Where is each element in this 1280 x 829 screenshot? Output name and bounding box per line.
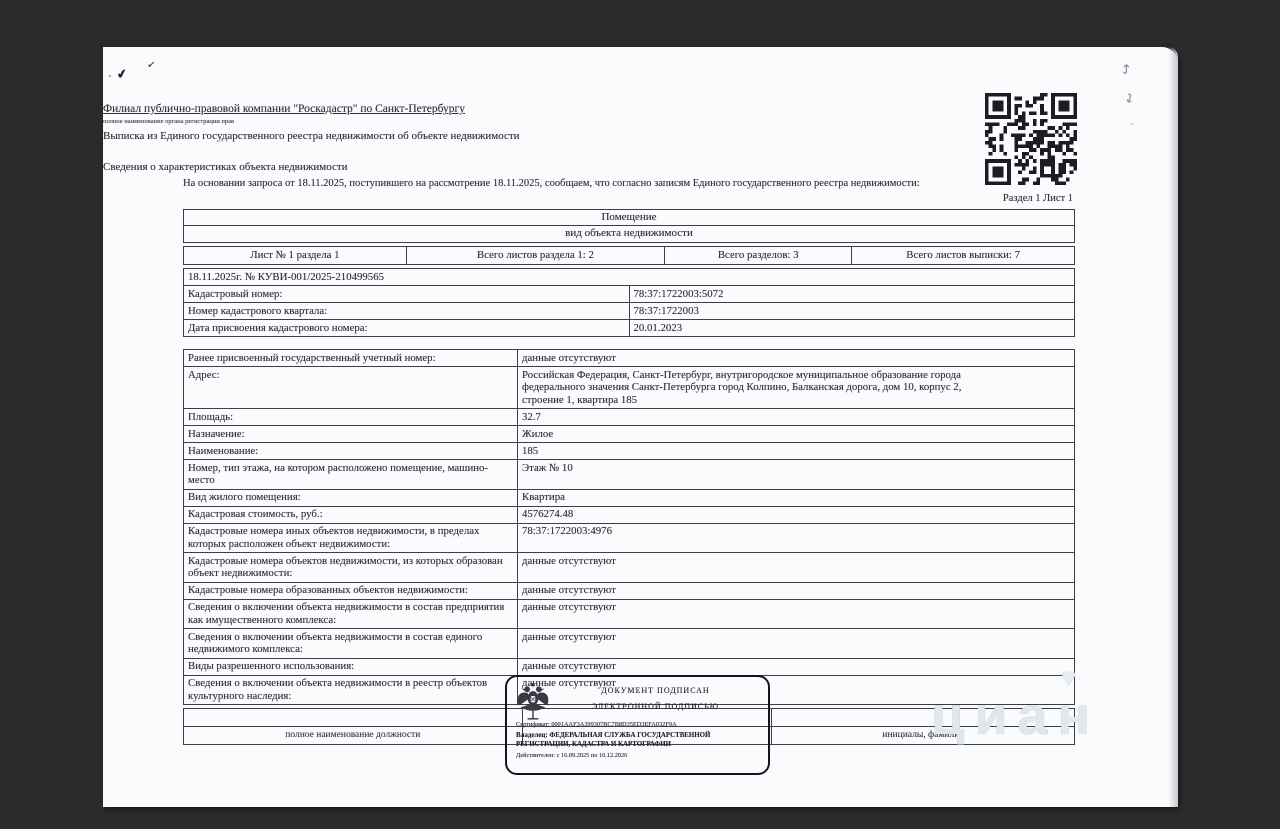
qr-code [985, 93, 1077, 185]
row-value: 78:37:1722003:4976 [518, 523, 1075, 553]
row-value: 185 [518, 443, 1075, 460]
ink-mark: ✔ [116, 66, 129, 83]
row-value: 78:37:1722003:5072 [629, 286, 1075, 303]
table-row: Виды разрешенного использования: данные … [184, 658, 1075, 675]
table-row: Кадастровые номера иных объектов недвижи… [184, 523, 1075, 553]
row-value: данные отсутствуют [518, 553, 1075, 583]
stamp-title-line2: ЭЛЕКТРОННОЙ ПОДПИСЬЮ [559, 702, 752, 711]
object-details-table: Ранее присвоенный государственный учетны… [183, 349, 1075, 705]
total-sheets-extract-cell: Всего листов выписки: 7 [852, 247, 1075, 265]
sheet-number-cell: Лист № 1 раздела 1 [184, 247, 407, 265]
row-value: 32.7 [518, 409, 1075, 426]
row-value: 78:37:1722003 [629, 303, 1075, 320]
row-label: Номер, тип этажа, на котором расположено… [184, 460, 518, 490]
table-row: 18.11.2025г. № КУВИ-001/2025-210499565 [184, 269, 1075, 286]
row-label: Дата присвоения кадастрового номера: [184, 320, 630, 337]
registration-authority-name: Филиал публично-правовой компании "Роска… [103, 103, 1110, 115]
row-label: Кадастровые номера образованных объектов… [184, 582, 518, 599]
row-label: Адрес: [184, 367, 518, 409]
ink-mark: , [109, 69, 111, 78]
request-info-table: 18.11.2025г. № КУВИ-001/2025-210499565 К… [183, 268, 1075, 337]
scan-smudge: ↪ [1118, 64, 1134, 75]
table-row: Вид жилого помещения: Квартира [184, 489, 1075, 506]
image-viewer-background: , ✔ ✓ ↪ ↩ - Филиал публично-правовой ком… [0, 0, 1280, 829]
scan-smudge: - [1131, 119, 1134, 128]
scan-smudge: ↩ [1121, 91, 1139, 106]
row-label: Сведения о включении объекта недвижимост… [184, 675, 518, 705]
row-label: Кадастровая стоимость, руб.: [184, 506, 518, 523]
object-type-caption: вид объекта недвижимости [183, 226, 1075, 243]
row-label: Виды разрешенного использования: [184, 658, 518, 675]
address-value: Российская Федерация, Санкт-Петербург, в… [518, 367, 1075, 409]
row-label: Вид жилого помещения: [184, 489, 518, 506]
row-value: Квартира [518, 489, 1075, 506]
section-title: Сведения о характеристиках объекта недви… [103, 161, 1110, 173]
row-label: Назначение: [184, 426, 518, 443]
row-label: Кадастровый номер: [184, 286, 630, 303]
stamp-validity: Действителен: с 16.09.2025 по 10.12.2026 [516, 752, 627, 759]
table-row: Лист № 1 раздела 1 Всего листов раздела … [184, 247, 1075, 265]
electronic-signature-stamp: ДОКУМЕНТ ПОДПИСАН ЭЛЕКТРОННОЙ ПОДПИСЬЮ С… [505, 675, 770, 775]
row-label: Наименование: [184, 443, 518, 460]
sheets-summary-table: Лист № 1 раздела 1 Всего листов раздела … [183, 246, 1075, 265]
row-value: данные отсутствуют [518, 599, 1075, 629]
row-label: Площадь: [184, 409, 518, 426]
row-value: Этаж № 10 [518, 460, 1075, 490]
row-label: Ранее присвоенный государственный учетны… [184, 350, 518, 367]
table-row: Площадь: 32.7 [184, 409, 1075, 426]
row-value: данные отсутствуют [518, 582, 1075, 599]
row-label: Кадастровые номера иных объектов недвижи… [184, 523, 518, 553]
table-row: Номер кадастрового квартала: 78:37:17220… [184, 303, 1075, 320]
position-name-label: полное наименование должности [184, 727, 523, 745]
table-row: Сведения о включении объекта недвижимост… [184, 599, 1075, 629]
document-title: Выписка из Единого государственного реес… [103, 130, 1110, 142]
signature-empty-cell [184, 709, 523, 727]
stamp-certificate: Сертификат: 0091AAF3A399307BC7B8D35ED3EF… [516, 721, 762, 728]
ink-mark: ✓ [146, 59, 156, 71]
table-row: Адрес: Российская Федерация, Санкт-Петер… [184, 367, 1075, 409]
table-row: Кадастровые номера объектов недвижимости… [184, 553, 1075, 583]
total-sections-cell: Всего разделов: 3 [665, 247, 852, 265]
table-row: Назначение: Жилое [184, 426, 1075, 443]
row-label: Кадастровые номера объектов недвижимости… [184, 553, 518, 583]
row-value: данные отсутствуют [518, 658, 1075, 675]
row-value: данные отсутствуют [518, 350, 1075, 367]
watermark: циан [931, 685, 1100, 747]
table-row: Наименование: 185 [184, 443, 1075, 460]
section-sheet-label: Раздел 1 Лист 1 [1003, 193, 1073, 204]
stamp-title-line1: ДОКУМЕНТ ПОДПИСАН [559, 686, 752, 695]
document-page: , ✔ ✓ ↪ ↩ - Филиал публично-правовой ком… [103, 47, 1178, 807]
total-sheets-section-cell: Всего листов раздела 1: 2 [406, 247, 664, 265]
table-row: Кадастровый номер: 78:37:1722003:5072 [184, 286, 1075, 303]
row-value: 20.01.2023 [629, 320, 1075, 337]
object-type-value: Помещение [183, 209, 1075, 226]
registration-authority-caption: полное наименование органа регистрации п… [103, 118, 1110, 125]
row-value: данные отсутствуют [518, 629, 1075, 659]
row-label: Номер кадастрового квартала: [184, 303, 630, 320]
coat-of-arms-icon [515, 681, 551, 721]
table-row: Кадастровая стоимость, руб.: 4576274.48 [184, 506, 1075, 523]
request-number-cell: 18.11.2025г. № КУВИ-001/2025-210499565 [184, 269, 1075, 286]
table-row: Кадастровые номера образованных объектов… [184, 582, 1075, 599]
row-label: Сведения о включении объекта недвижимост… [184, 629, 518, 659]
table-row: Ранее присвоенный государственный учетны… [184, 350, 1075, 367]
request-basis-line: На основании запроса от 18.11.2025, пост… [183, 178, 1075, 189]
table-row: Сведения о включении объекта недвижимост… [184, 629, 1075, 659]
row-label: Сведения о включении объекта недвижимост… [184, 599, 518, 629]
stamp-owner: Владелец: ФЕДЕРАЛЬНАЯ СЛУЖБА ГОСУДАРСТВЕ… [516, 731, 751, 749]
table-row: Дата присвоения кадастрового номера: 20.… [184, 320, 1075, 337]
row-value: 4576274.48 [518, 506, 1075, 523]
table-row: Номер, тип этажа, на котором расположено… [184, 460, 1075, 490]
row-value: Жилое [518, 426, 1075, 443]
